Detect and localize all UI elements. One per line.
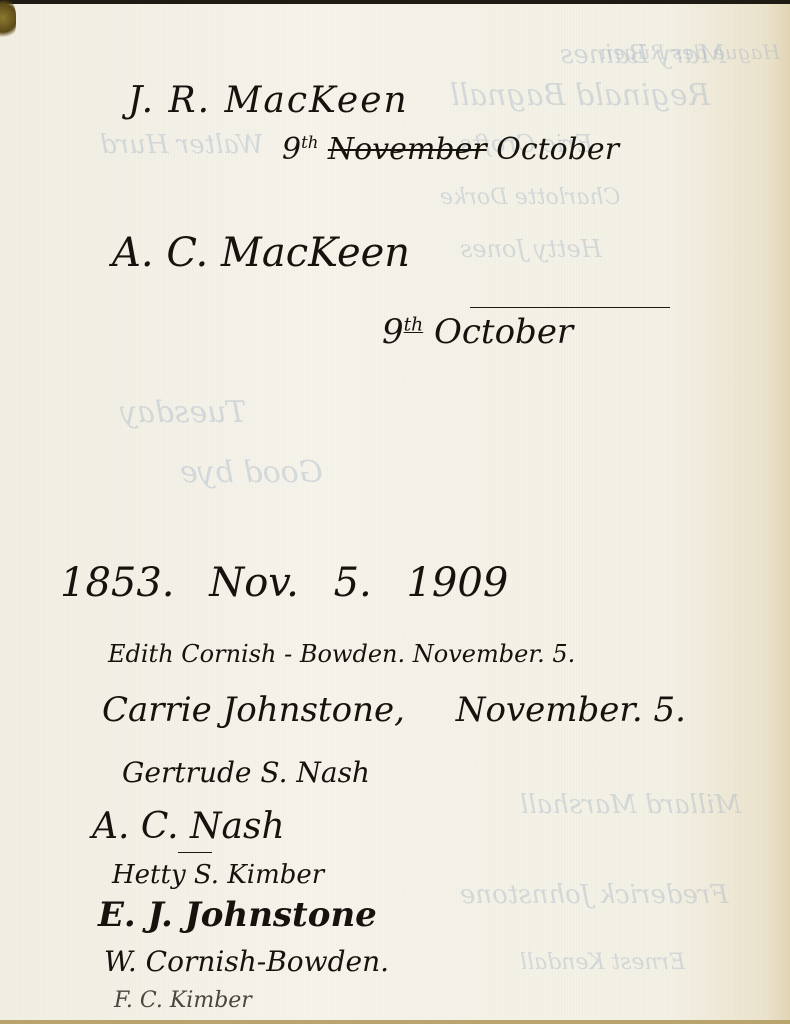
bleed-text: Good bye [180,455,323,490]
page-top-edge [0,0,790,4]
signature: Carrie Johnstone, November. 5. [102,690,686,730]
entry-day-suffix: th [301,133,318,152]
signature-name: A. C. Nash [92,806,285,847]
autograph-page: Mary Baines Hague des Rügen Reginald Bag… [0,0,790,1024]
page-bottom-edge [0,1020,790,1024]
signature-name: W. Cornish-Bowden. [104,945,389,978]
bleed-text: Tuesday [120,395,247,430]
date-heading: 1853. Nov. 5. 1909 [60,560,508,606]
entry-month: October [496,132,619,167]
entry-name: J. R. MacKeen [128,80,409,121]
signature: Edith Cornish - Bowden. November. 5. [108,640,575,668]
signature-name: F. C. Kimber [114,988,252,1013]
overline-rule [178,852,212,853]
bleed-text: Hague des Rügen [600,40,780,64]
entry-date: 9th October [382,312,573,352]
signature-name: Carrie Johnstone, [102,690,405,730]
entry-day: 9 [282,132,301,167]
bleed-text: Hetty Jones [460,235,602,263]
signature-name: Gertrude S. Nash [122,756,370,789]
signature-date: November. 5. [456,690,686,730]
corner-stain [0,0,16,40]
bleed-text: Reginald Bagnall [450,78,710,113]
bleed-text: Frederick Johnstone [460,880,728,910]
bleed-text: Ernest Kendall [520,950,685,975]
signature-name: E. J. Johnstone [98,895,377,935]
signature-name: Hetty S. Kimber [112,860,324,890]
entry-day: 9 [382,312,404,352]
signature-name: Edith Cornish - Bowden. [108,640,405,668]
entry-month: October [434,312,573,352]
bleed-text: Walter Hurd [100,130,263,160]
underline-rule [470,307,670,308]
bleed-text: Millard Marshall [520,790,741,820]
entry-day-suffix: th [404,315,424,336]
bleed-text: Charlotte Dorke [440,185,620,210]
signature-date: November. 5. [413,640,576,668]
struck-month: November [328,132,487,167]
entry-name: A. C. MacKeen [112,230,410,276]
entry-date: 9th November October [282,132,619,167]
